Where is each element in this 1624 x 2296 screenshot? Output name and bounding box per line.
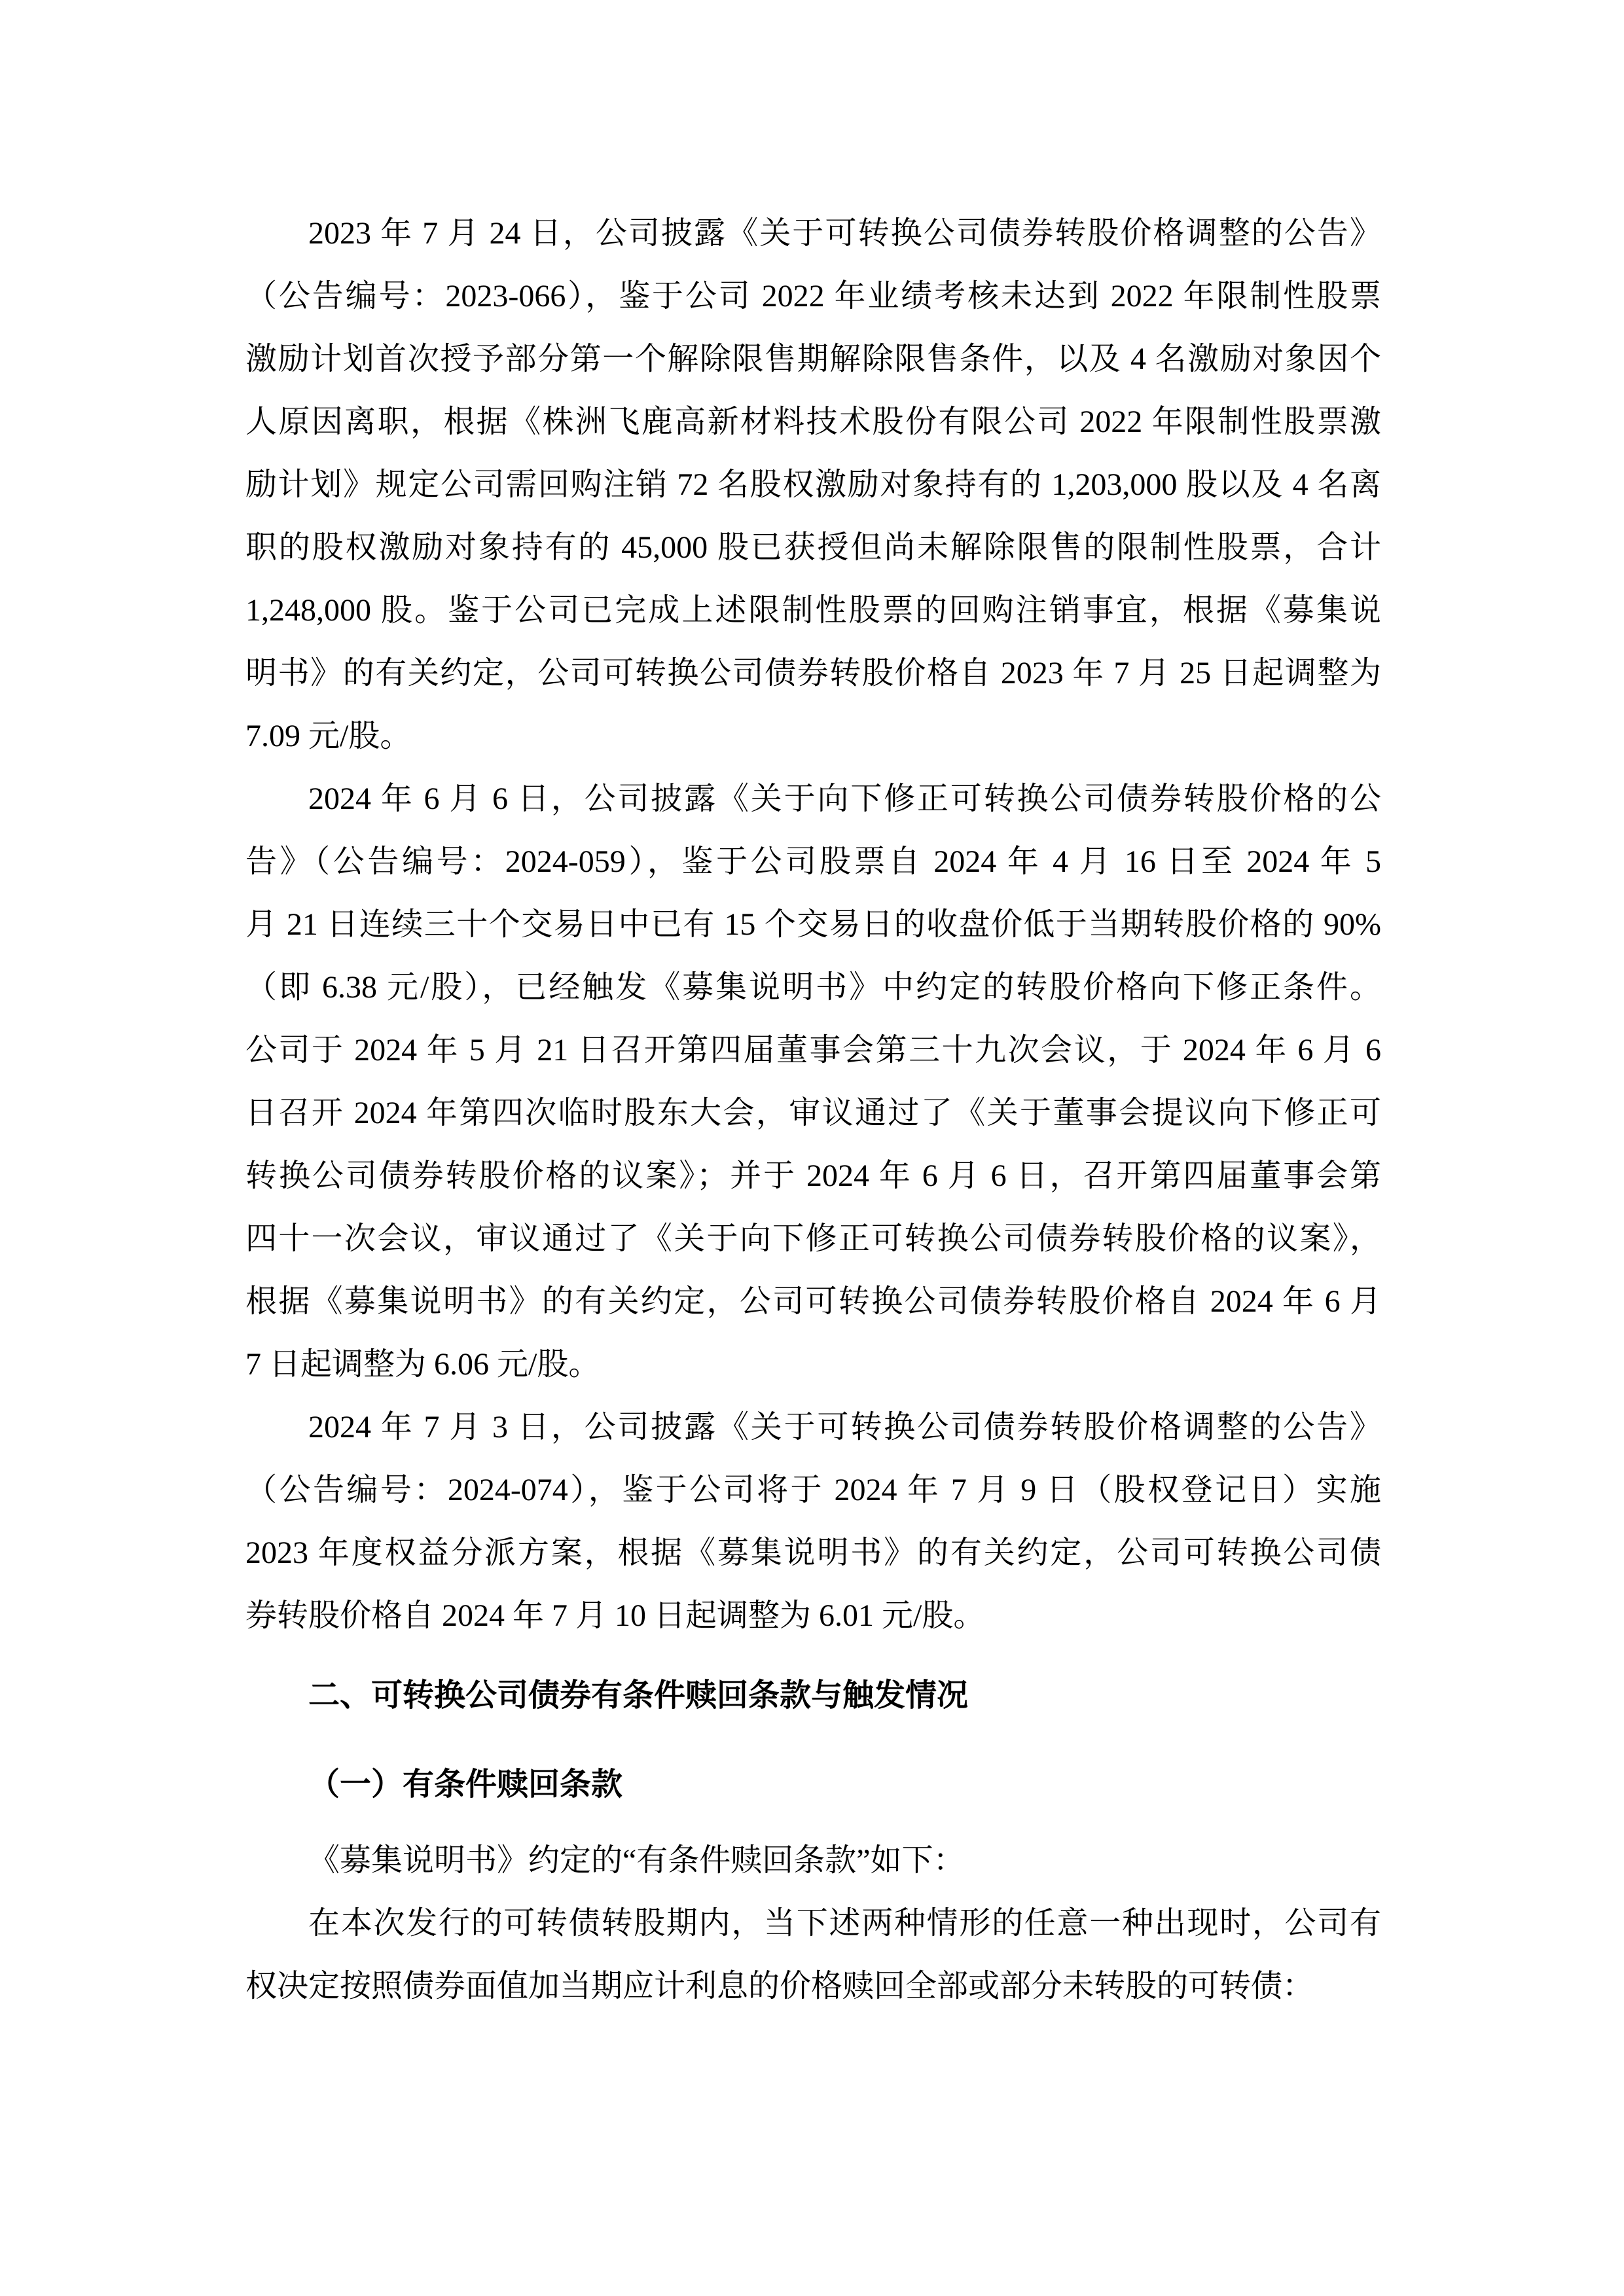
text-line: 在本次发行的可转债转股期内，当下述两种情形的任意一种出现时，公司有 <box>245 1892 1381 1955</box>
text-line: 人原因离职，根据《株洲飞鹿高新材料技术股份有限公司 2022 年限制性股票激 <box>245 391 1381 454</box>
paragraph: 在本次发行的可转债转股期内，当下述两种情形的任意一种出现时，公司有权决定按照债券… <box>245 1892 1381 2018</box>
text-line: 2023 年 7 月 24 日，公司披露《关于可转换公司债券转股价格调整的公告》 <box>245 202 1381 265</box>
section-heading: 二、可转换公司债券有条件赎回条款与触发情况 <box>245 1664 1381 1727</box>
subsection-heading: （一）有条件赎回条款 <box>245 1753 1381 1816</box>
text-line: 2024 年 7 月 3 日，公司披露《关于可转换公司债券转股价格调整的公告》 <box>245 1396 1381 1459</box>
heading-text: 二、可转换公司债券有条件赎回条款与触发情况 <box>245 1664 1381 1727</box>
paragraph: 2024 年 6 月 6 日，公司披露《关于向下修正可转换公司债券转股价格的公告… <box>245 768 1381 1396</box>
text-line: （公告编号：2023-066），鉴于公司 2022 年业绩考核未达到 2022 … <box>245 265 1381 328</box>
text-line: 权决定按照债券面值加当期应计利息的价格赎回全部或部分未转股的可转债： <box>245 1955 1381 2018</box>
text-line: 职的股权激励对象持有的 45,000 股已获授但尚未解除限售的限制性股票，合计 <box>245 516 1381 579</box>
text-line: 1,248,000 股。鉴于公司已完成上述限制性股票的回购注销事宜，根据《募集说 <box>245 579 1381 642</box>
document-page: { "page": { "background_color": "#ffffff… <box>0 0 1624 2296</box>
text-line: 明书》的有关约定，公司可转换公司债券转股价格自 2023 年 7 月 25 日起… <box>245 642 1381 705</box>
text-line: 转换公司债券转股价格的议案》；并于 2024 年 6 月 6 日，召开第四届董事… <box>245 1145 1381 1208</box>
document-body: 2023 年 7 月 24 日，公司披露《关于可转换公司债券转股价格调整的公告》… <box>245 202 1381 2018</box>
paragraph: 2023 年 7 月 24 日，公司披露《关于可转换公司债券转股价格调整的公告》… <box>245 202 1381 768</box>
text-line: 月 21 日连续三十个交易日中已有 15 个交易日的收盘价低于当期转股价格的 9… <box>245 893 1381 956</box>
text-line: 告》（公告编号：2024-059），鉴于公司股票自 2024 年 4 月 16 … <box>245 831 1381 893</box>
text-line: 2024 年 6 月 6 日，公司披露《关于向下修正可转换公司债券转股价格的公 <box>245 768 1381 831</box>
heading-text: （一）有条件赎回条款 <box>245 1753 1381 1816</box>
text-line: （即 6.38 元/股），已经触发《募集说明书》中约定的转股价格向下修正条件。 <box>245 956 1381 1019</box>
text-line: 2023 年度权益分派方案，根据《募集说明书》的有关约定，公司可转换公司债 <box>245 1522 1381 1585</box>
text-line: 《募集说明书》约定的“有条件赎回条款”如下： <box>245 1829 1381 1892</box>
text-line: 四十一次会议，审议通过了《关于向下修正可转换公司债券转股价格的议案》， <box>245 1208 1381 1270</box>
text-line: 7 日起调整为 6.06 元/股。 <box>245 1333 1381 1396</box>
paragraph: 《募集说明书》约定的“有条件赎回条款”如下： <box>245 1829 1381 1892</box>
text-line: 公司于 2024 年 5 月 21 日召开第四届董事会第三十九次会议，于 202… <box>245 1019 1381 1082</box>
text-line: 激励计划首次授予部分第一个解除限售期解除限售条件，以及 4 名激励对象因个 <box>245 328 1381 391</box>
text-line: 根据《募集说明书》的有关约定，公司可转换公司债券转股价格自 2024 年 6 月 <box>245 1270 1381 1333</box>
text-line: （公告编号：2024-074），鉴于公司将于 2024 年 7 月 9 日（股权… <box>245 1459 1381 1522</box>
page-background: 2023 年 7 月 24 日，公司披露《关于可转换公司债券转股价格调整的公告》… <box>0 0 1624 2296</box>
text-line: 券转股价格自 2024 年 7 月 10 日起调整为 6.01 元/股。 <box>245 1585 1381 1647</box>
text-line: 励计划》规定公司需回购注销 72 名股权激励对象持有的 1,203,000 股以… <box>245 454 1381 516</box>
paragraph: 2024 年 7 月 3 日，公司披露《关于可转换公司债券转股价格调整的公告》（… <box>245 1396 1381 1647</box>
text-line: 7.09 元/股。 <box>245 705 1381 768</box>
text-line: 日召开 2024 年第四次临时股东大会，审议通过了《关于董事会提议向下修正可 <box>245 1082 1381 1145</box>
